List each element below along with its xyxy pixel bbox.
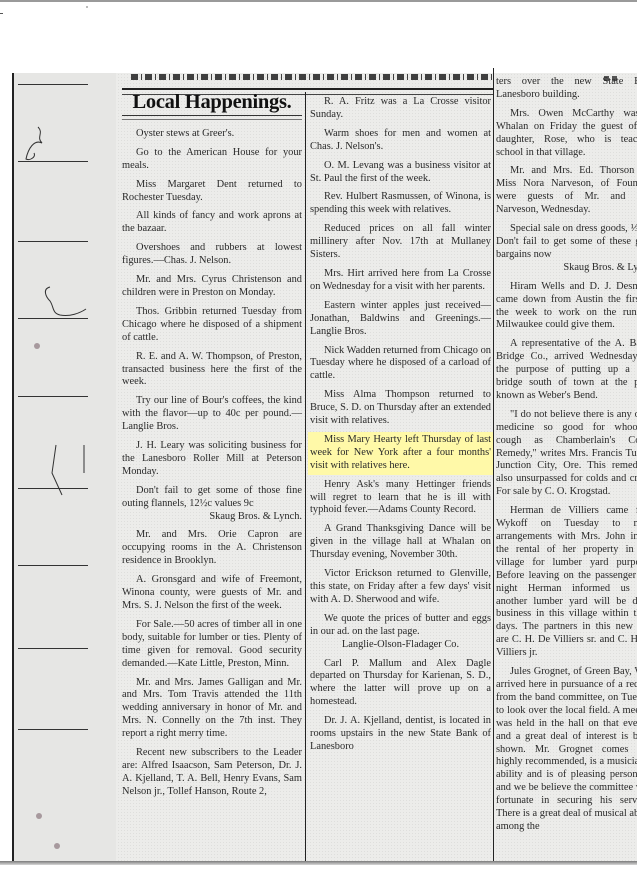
pen-scribble-icon [20,125,50,175]
news-item: All kinds of fancy and work aprons at th… [122,210,302,236]
news-item: Go to the American House for your meals. [122,147,302,173]
margin-rule [18,648,88,649]
news-item: Reduced prices on all fall winter millin… [310,223,491,262]
margin-rule [18,396,88,397]
decorative-border [131,74,493,80]
news-item: "I do not believe there is any other med… [496,409,637,499]
column-divider [493,68,494,861]
highlighted-news-item: Miss Mary Hearty left Thursday of last w… [310,434,491,473]
news-item: Mr. and Mrs. Ed. Thorson and Miss Nora N… [496,165,637,217]
advertiser-signature: Langlie-Olson-Fladager Co. [310,639,491,652]
news-item: Victor Erickson returned to Glenville, t… [310,568,491,607]
news-item: Oyster stews at Greer's. [122,128,302,141]
advertiser-signature: Skaug Bros. & Lynch. [496,262,637,275]
news-item: We quote the prices of butter and eggs i… [310,613,491,639]
heading-rule [122,115,302,120]
column-3: ters over the new State Bank Lanesboro b… [496,76,637,845]
margin-rule [18,729,88,730]
news-item: Warm shoes for men and women at Chas. J.… [310,128,491,154]
margin-rule [18,84,88,85]
news-item: J. H. Leary was soliciting business for … [122,440,302,479]
news-item: Mr. and Mrs. Orie Capron are occupying r… [122,529,302,568]
news-item: Miss Alma Thompson returned to Bruce, S.… [310,389,491,428]
news-item: Mrs. Owen McCarthy was at Whalan on Frid… [496,108,637,160]
news-item: Mr. and Mrs. James Galligan and Mr. and … [122,677,302,742]
news-item: Miss Margaret Dent returned to Rochester… [122,179,302,205]
news-item: Mrs. Hirt arrived here from La Crosse on… [310,268,491,294]
scan-speck [86,6,88,8]
news-item: Mr. and Mrs. Cyrus Christenson and child… [122,274,302,300]
news-item: For Sale.—50 acres of timber all in one … [122,619,302,671]
news-item: Don't fail to get some of those fine out… [122,485,302,511]
column-divider [305,92,306,861]
pen-scribble-icon [34,443,94,503]
news-item: Thos. Gribbin returned Tuesday from Chic… [122,306,302,345]
news-item: Henry Ask's many Hettinger friends will … [310,479,491,518]
news-item: Nick Wadden returned from Chicago on Tue… [310,345,491,384]
news-item: A representative of the A. Bayne Bridge … [496,338,637,403]
news-item: Herman de Villiers came from Wykoff on T… [496,505,637,660]
news-item: Special sale on dress goods, ⅓ off. Don'… [496,223,637,262]
ink-blot [54,843,60,849]
news-item: Eastern winter apples just received—Jona… [310,300,491,339]
scan-top-edge [0,0,637,2]
news-item: R. E. and A. W. Thompson, of Preston, tr… [122,351,302,390]
news-item-continued: ters over the new State Bank Lanesboro b… [496,76,637,102]
news-item: Dr. J. A. Kjelland, dentist, is located … [310,715,491,754]
section-heading: Local Happenings. [122,96,302,109]
pen-scribble-icon [40,283,90,323]
scan-mark [0,13,3,14]
news-item: Recent new subscribers to the Leader are… [122,747,302,799]
news-item: Try our line of Bour's coffees, the kind… [122,395,302,434]
news-item: Rev. Hulbert Rasmussen, of Winona, is sp… [310,191,491,217]
column-1: Local Happenings. Oyster stews at Greer'… [122,92,302,805]
news-item: R. A. Fritz was a La Crosse visitor Sund… [310,96,491,122]
news-item: Hiram Wells and D. J. Desmond came down … [496,281,637,333]
news-item: Overshoes and rubbers at lowest figures.… [122,242,302,268]
left-margin-strip [12,73,116,861]
news-item: Jules Grognet, of Green Bay, Wis., arriv… [496,666,637,834]
column-2: R. A. Fritz was a La Crosse visitor Sund… [310,96,491,760]
news-item: Carl P. Mallum and Alex Dagle departed o… [310,658,491,710]
advertiser-signature: Skaug Bros. & Lynch. [122,511,302,524]
ink-blot [34,343,40,349]
news-item: A. Gronsgard and wife of Freemont, Winon… [122,574,302,613]
news-item: O. M. Levang was a business visitor at S… [310,160,491,186]
news-item: A Grand Thanksgiving Dance will be given… [310,523,491,562]
margin-rule [18,565,88,566]
ink-blot [36,813,42,819]
margin-rule [18,241,88,242]
scan-bottom-edge [0,861,637,865]
